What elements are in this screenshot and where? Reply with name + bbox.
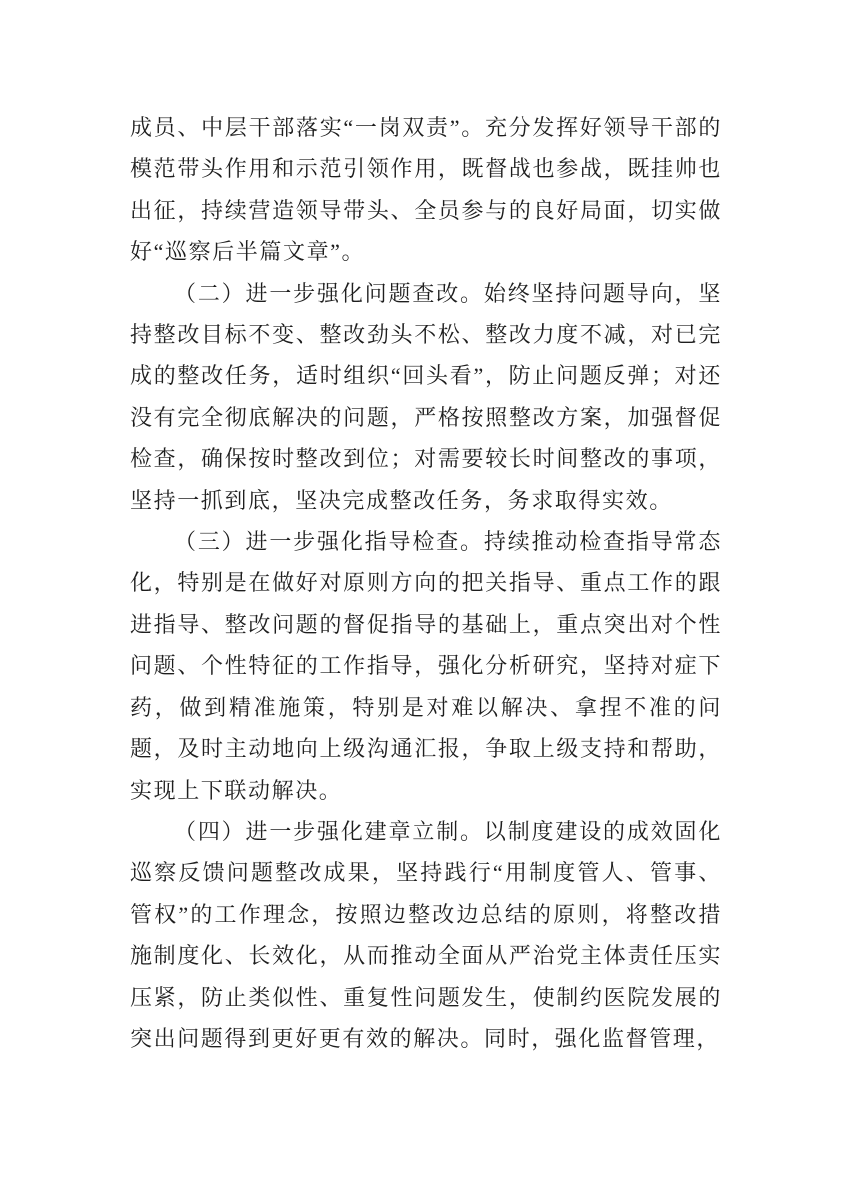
- paragraph-section-2: （二）进一步强化问题查改。始终坚持问题导向，坚持整改目标不变、整改劲头不松、整改…: [130, 273, 722, 521]
- document-page: 成员、中层干部落实“一岗双责”。充分发挥好领导干部的模范带头作用和示范引领作用，…: [0, 0, 848, 1200]
- paragraph-section-3: （三）进一步强化指导检查。持续推动检查指导常态化，特别是在做好对原则方向的把关指…: [130, 521, 722, 811]
- paragraph-section-4: （四）进一步强化建章立制。以制度建设的成效固化巡察反馈问题整改成果，坚持践行“用…: [130, 811, 722, 1059]
- document-body: 成员、中层干部落实“一岗双责”。充分发挥好领导干部的模范带头作用和示范引领作用，…: [130, 107, 722, 1059]
- paragraph-continuation: 成员、中层干部落实“一岗双责”。充分发挥好领导干部的模范带头作用和示范引领作用，…: [130, 107, 722, 273]
